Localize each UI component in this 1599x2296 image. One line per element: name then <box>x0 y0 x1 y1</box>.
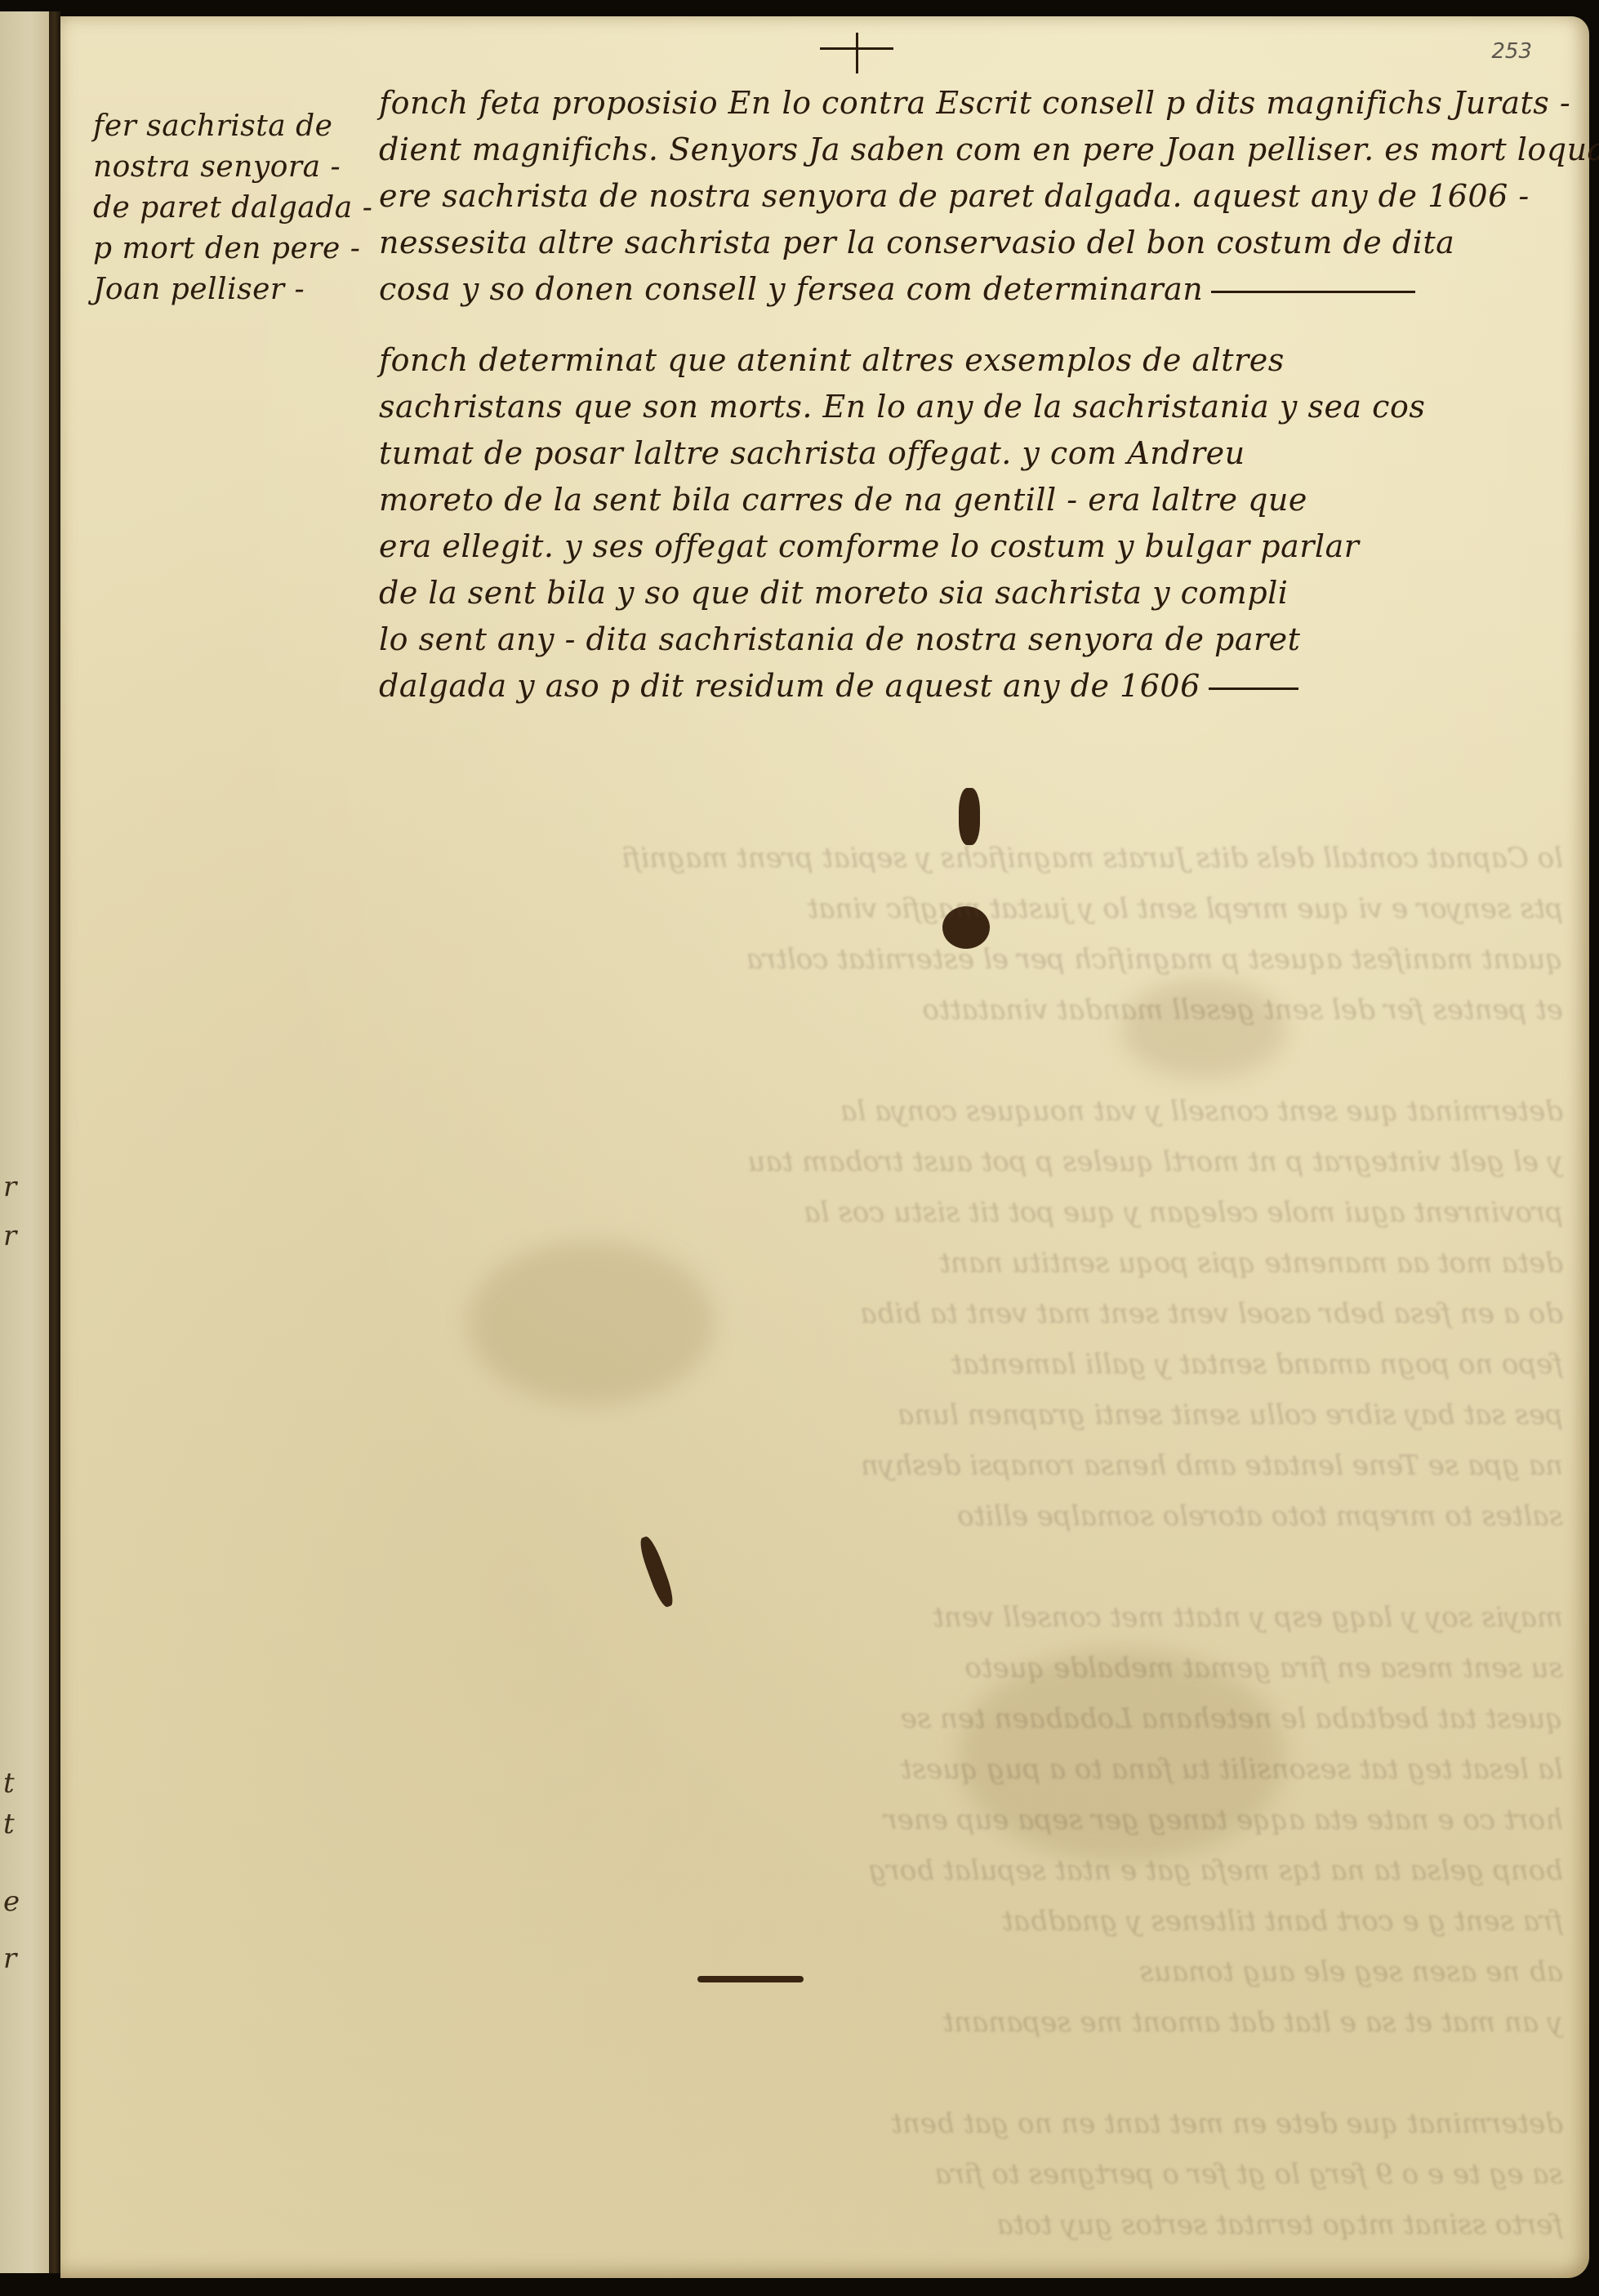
text-line: dalgada y aso p dit residum de aquest an… <box>379 663 1599 710</box>
margin-note-line: fer sachrista de <box>93 106 372 147</box>
leaf-mark: r <box>3 1220 16 1253</box>
text-line: cosa y so donen consell y fersea com det… <box>379 266 1599 313</box>
line-filler-rule <box>1211 291 1415 293</box>
text-line: ere sachrista de nostra senyora de paret… <box>379 173 1599 220</box>
text-line: tumat de posar laltre sachrista offegat.… <box>379 430 1599 477</box>
text-line: era ellegit. y ses offegat comforme lo c… <box>379 523 1599 570</box>
text-line: fonch feta proposisio En lo contra Escri… <box>379 80 1599 127</box>
margin-note-line: Joan pelliser - <box>93 269 372 310</box>
binding-gutter <box>49 11 60 2273</box>
paragraph-proposal: fonch feta proposisio En lo contra Escri… <box>379 80 1599 313</box>
leaf-mark: t <box>3 1767 15 1800</box>
manuscript-page: 253 fer sachrista de nostra senyora - de… <box>60 16 1589 2278</box>
margin-note-line: nostra senyora - <box>93 147 372 188</box>
adjacent-page-edge: r r t t e r <box>0 11 51 2273</box>
text-line: fonch determinat que atenint altres exse… <box>379 337 1599 384</box>
leaf-mark: t <box>3 1808 15 1840</box>
text-line: dient magnifichs. Senyors Ja saben com e… <box>379 127 1599 173</box>
paragraph-determination: fonch determinat que atenint altres exse… <box>379 337 1599 710</box>
margin-note-line: de paret dalgada - <box>93 188 372 229</box>
text-line: moreto de la sent bila carres de na gent… <box>379 477 1599 523</box>
text-line-content: dalgada y aso p dit residum de aquest an… <box>379 668 1200 704</box>
text-line-content: cosa y so donen consell y fersea com det… <box>379 271 1203 307</box>
cross-mark <box>856 33 858 73</box>
leaf-mark: r <box>3 1171 16 1204</box>
text-line: de la sent bila y so que dit moreto sia … <box>379 570 1599 616</box>
bleed-through-text: lo Capnat contall dels dits Jurats magni… <box>175 833 1563 2262</box>
text-line: nessesita altre sachrista per la conserv… <box>379 220 1599 266</box>
margin-note-line: p mort den pere - <box>93 229 372 269</box>
text-line: sachristans que son morts. En lo any de … <box>379 384 1599 430</box>
main-text: fonch feta proposisio En lo contra Escri… <box>379 80 1599 710</box>
folio-number: 253 <box>1491 39 1532 64</box>
text-line: lo sent any - dita sachristania de nostr… <box>379 616 1599 663</box>
leaf-mark: e <box>3 1885 20 1918</box>
leaf-mark: r <box>3 1942 16 1975</box>
line-filler-rule <box>1209 687 1298 690</box>
margin-note: fer sachrista de nostra senyora - de par… <box>93 106 372 310</box>
